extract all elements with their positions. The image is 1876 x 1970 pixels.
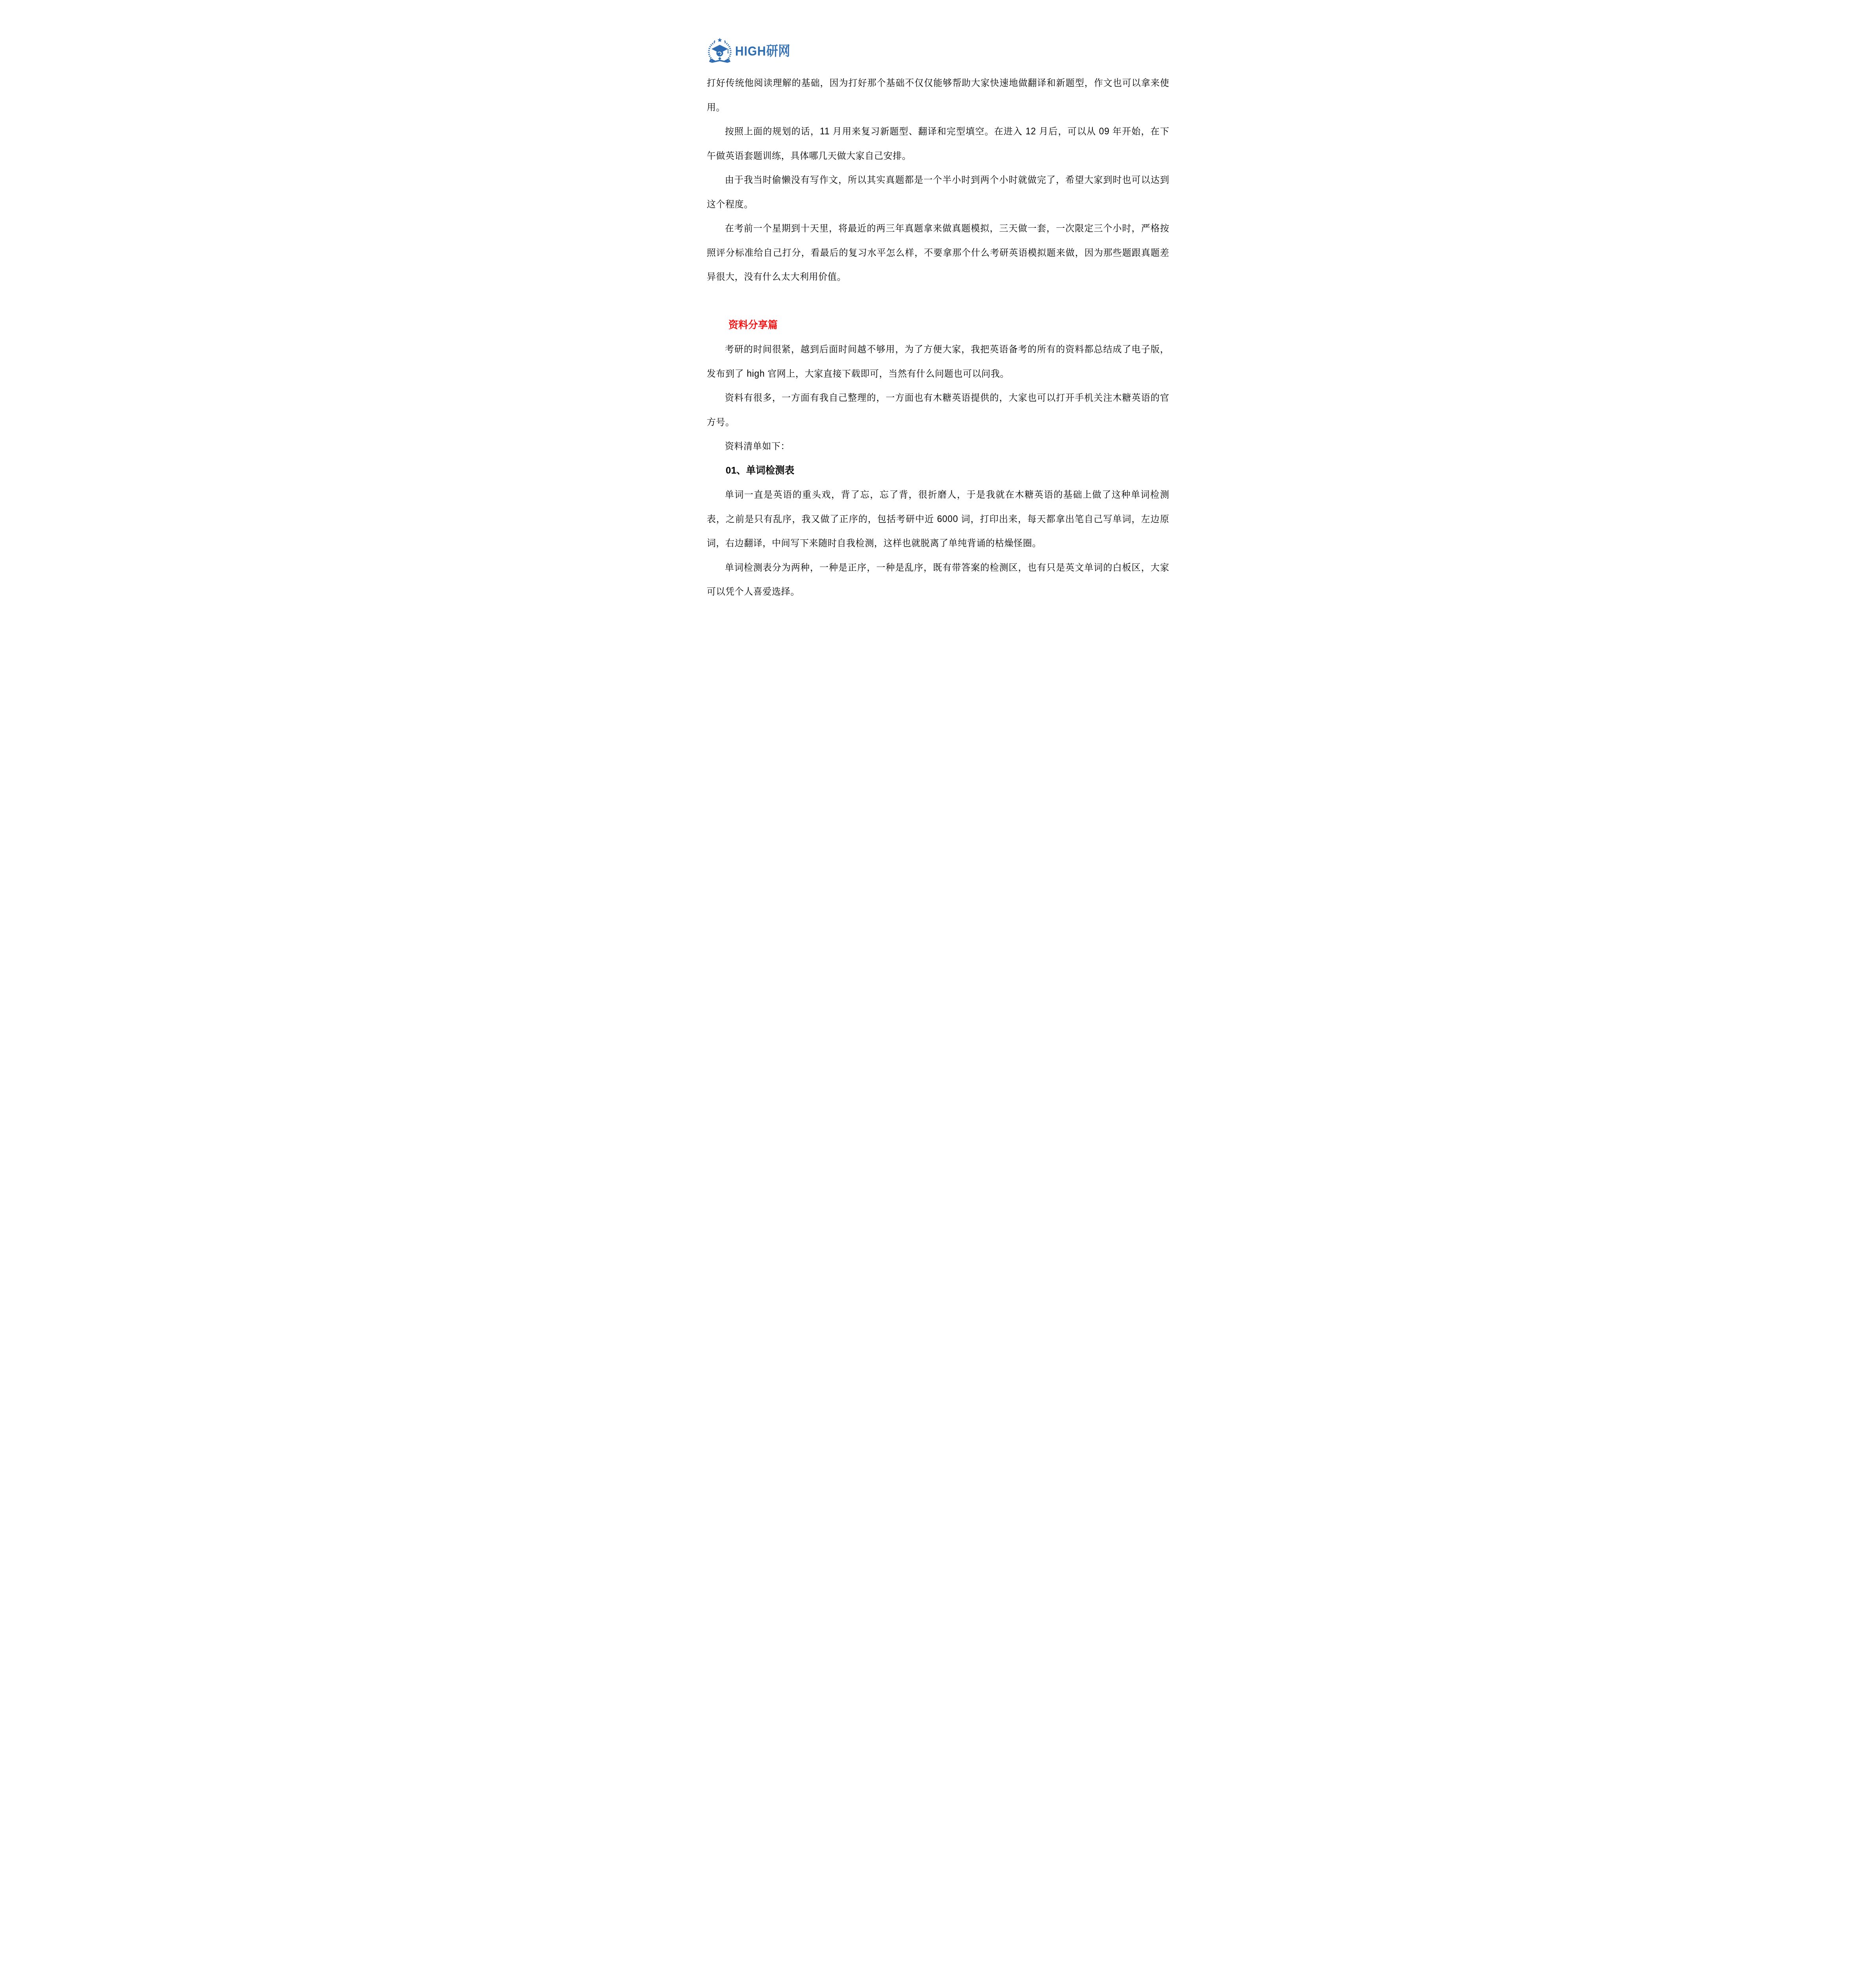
document-page: HIGH研网 打好传统他阅读理解的基础，因为打好那个基础不仅仅能够帮助大家快速地… — [704, 0, 1172, 663]
brand-name-latin: HIGH — [735, 44, 766, 59]
paragraph-list-follows: 资料清单如下： — [707, 434, 1169, 459]
paragraph-november-plan: 按照上面的规划的话，11 月用来复习新题型、翻译和完型填空。在进入 12 月后，… — [707, 119, 1169, 168]
paragraph-reading-basics: 打好传统他阅读理解的基础，因为打好那个基础不仅仅能够帮助大家快速地做翻译和新题型… — [707, 71, 1169, 119]
paragraph-materials-intro: 考研的时间很紧，越到后面时间越不够用，为了方便大家，我把英语备考的所有的资料都总… — [707, 337, 1169, 386]
item-heading-word-checklist: 01、单词检测表 — [726, 459, 1169, 483]
graduation-badge-icon — [708, 37, 732, 67]
paragraph-word-checklist-desc: 单词一直是英语的重头戏，背了忘，忘了背，很折磨人，于是我就在木糖英语的基础上做了… — [707, 483, 1169, 556]
brand-name: HIGH研网 — [735, 45, 790, 58]
brand-name-cjk: 研网 — [766, 44, 790, 59]
paragraph-mock-exam: 在考前一个星期到十天里，将最近的两三年真题拿来做真题模拟，三天做一套，一次限定三… — [707, 216, 1169, 289]
document-content: 打好传统他阅读理解的基础，因为打好那个基础不仅仅能够帮助大家快速地做翻译和新题型… — [707, 71, 1169, 604]
paragraph-materials-source: 资料有很多，一方面有我自己整理的，一方面也有木糖英语提供的，大家也可以打开手机关… — [707, 386, 1169, 434]
brand-logo: HIGH研网 — [708, 36, 1169, 67]
paragraph-essay-lazy: 由于我当时偷懒没有写作文，所以其实真题都是一个半小时到两个小时就做完了，希望大家… — [707, 168, 1169, 216]
section-heading-materials: 资料分享篇 — [728, 313, 1169, 338]
paragraph-word-checklist-types: 单词检测表分为两种，一种是正序，一种是乱序，既有带答案的检测区，也有只是英文单词… — [707, 556, 1169, 604]
